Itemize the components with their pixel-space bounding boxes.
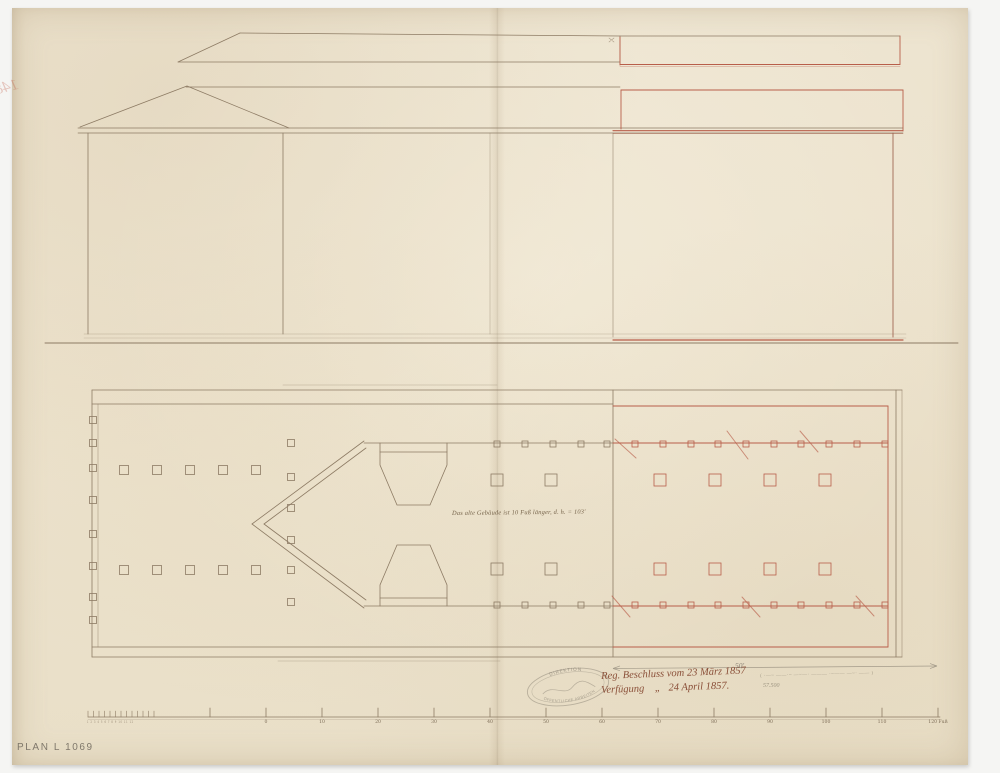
plan-column-square (550, 441, 556, 447)
plan-column-square (660, 441, 666, 447)
plan-column-square (771, 441, 777, 447)
plan-column-square (798, 602, 804, 608)
plan-column-square (604, 441, 610, 447)
plan-column-square (153, 466, 162, 475)
plan-column-square (688, 602, 694, 608)
scale-label: 60 (588, 720, 616, 725)
plan-column-square (764, 563, 776, 575)
elevation-drawing (45, 33, 958, 343)
scale-label: 120 Fuß (924, 720, 952, 725)
plan-column-square (90, 440, 97, 447)
plan-column-square (882, 602, 888, 608)
plan-column-square (654, 563, 666, 575)
plan-column-square (90, 531, 97, 538)
plan-column-square (764, 474, 776, 486)
scale-label: 70 (644, 720, 672, 725)
plan-column-square (252, 566, 261, 575)
floor-plan-drawing (92, 385, 902, 661)
plan-column-square (854, 602, 860, 608)
plan-column-square (90, 417, 97, 424)
plan-column-square (660, 602, 666, 608)
plan-column-square (545, 474, 557, 486)
plan-column-square (819, 474, 831, 486)
plan-column-square (715, 602, 721, 608)
plan-column-square (288, 599, 295, 606)
plan-column-square (688, 441, 694, 447)
scale-label: 40 (476, 720, 504, 725)
plan-extension-red (612, 406, 888, 647)
scale-label: 110 (868, 720, 896, 725)
plan-column-square (494, 441, 500, 447)
scale-label: 20 (364, 720, 392, 725)
plan-column-square (252, 466, 261, 475)
archive-label: PLAN L 1069 (17, 742, 94, 753)
scale-label: 30 (420, 720, 448, 725)
plan-column-square (494, 602, 500, 608)
plan-column-square (819, 563, 831, 575)
plan-column-square (826, 602, 832, 608)
scale-label: 90 (756, 720, 784, 725)
plan-column-square (632, 602, 638, 608)
plan-annotation-text: Das alte Gebäude ist 10 Fuß länger, d. h… (452, 509, 586, 517)
scale-label: 0 (252, 720, 280, 725)
plan-column-square (854, 441, 860, 447)
plan-column-square (882, 441, 888, 447)
scale-label: 100 (812, 720, 840, 725)
plan-column-square (522, 602, 528, 608)
plan-column-square (771, 602, 777, 608)
plan-column-square (288, 474, 295, 481)
svg-text:DIREKTION: DIREKTION (548, 665, 583, 677)
oval-stamp: DIREKTION ÖFFENTLICHE ARBEITEN (524, 661, 611, 711)
plan-column-square (120, 566, 129, 575)
plan-column-square (186, 466, 195, 475)
plan-column-square (288, 440, 295, 447)
plan-column-square (715, 441, 721, 447)
stamp-text-top: DIREKTION (548, 665, 583, 677)
scanned-plan-sheet: DIREKTION ÖFFENTLICHE ARBEITEN 148. Das … (0, 0, 1000, 773)
plan-column-square (632, 441, 638, 447)
plan-column-square (709, 563, 721, 575)
plan-column-square (798, 441, 804, 447)
scale-label: 10 (308, 720, 336, 725)
plan-column-square (219, 566, 228, 575)
plan-column-square (522, 441, 528, 447)
plan-column-square (743, 602, 749, 608)
plan-column-square (288, 567, 295, 574)
plan-column-square (219, 466, 228, 475)
plan-column-square (604, 602, 610, 608)
plan-column-square (90, 617, 97, 624)
plan-column-square (153, 566, 162, 575)
plan-column-square (578, 602, 584, 608)
plan-column-square (654, 474, 666, 486)
pencil-dimension-label: 50′ (735, 661, 744, 670)
plan-column-square (550, 602, 556, 608)
plan-column-square (90, 497, 97, 504)
elevation-extension-red (613, 36, 903, 340)
plan-column-square (90, 594, 97, 601)
plan-column-square (491, 563, 503, 575)
plan-column-square (186, 566, 195, 575)
plan-column-square (743, 441, 749, 447)
plan-column-square (545, 563, 557, 575)
plan-column-square (578, 441, 584, 447)
plan-column-square (90, 465, 97, 472)
plan-column-square (120, 466, 129, 475)
scale-label: 80 (700, 720, 728, 725)
drawing-linework: DIREKTION ÖFFENTLICHE ARBEITEN (0, 0, 1000, 773)
stamp-signature-squiggle (542, 679, 596, 695)
pencil-note-number: 57.500 (763, 683, 780, 689)
scale-label: 50 (532, 720, 560, 725)
plan-column-square (90, 563, 97, 570)
plan-column-square (826, 441, 832, 447)
stamp-text-bottom: ÖFFENTLICHE ARBEITEN (542, 689, 596, 707)
scale-fine-digits: 1 2 3 4 5 6 7 8 9 10 11 12 (87, 720, 134, 724)
svg-text:ÖFFENTLICHE ARBEITEN: ÖFFENTLICHE ARBEITEN (542, 689, 596, 707)
scale-bar (88, 708, 940, 720)
plan-column-grid (90, 417, 889, 624)
plan-column-square (491, 474, 503, 486)
plan-column-square (709, 474, 721, 486)
